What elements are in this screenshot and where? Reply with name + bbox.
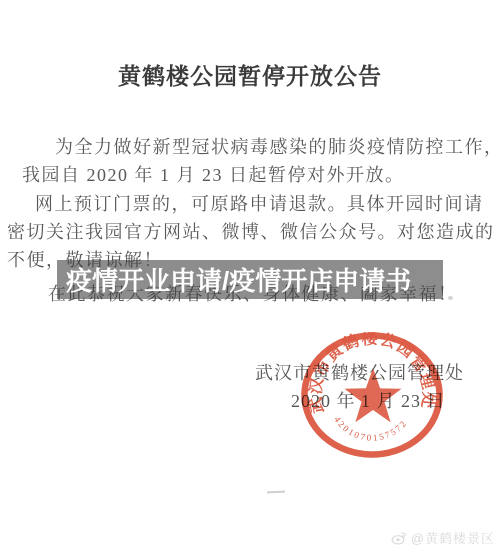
body-line-2: 我园自 2020 年 1 月 23 日起暂停对外开放。 xyxy=(22,161,405,187)
body-line-1: 为全力做好新型冠状病毒感染的肺炎疫情防控工作， xyxy=(55,133,500,159)
body-line-4: 密切关注我园官方网站、微博、微信公众号。对您造成的 xyxy=(7,218,495,244)
overlay-banner-text: 疫情开业申请/疫情开店申请书 xyxy=(66,261,411,298)
scan-artifact-dash xyxy=(267,491,285,494)
official-seal: 武汉市黄鹤楼公园管理处 4201070157572 xyxy=(301,332,445,460)
svg-text:4201070157572: 4201070157572 xyxy=(332,415,408,443)
body-line-3: 网上预订门票的，可原路申请退款。具体开园时间请 xyxy=(35,190,484,216)
weibo-watermark-text: @黄鹤楼景区 xyxy=(411,528,495,547)
notice-title: 黄鹤楼公园暂停开放公告 xyxy=(0,58,500,91)
overlay-banner: 疫情开业申请/疫情开店申请书 xyxy=(57,260,443,299)
seal-star-icon xyxy=(345,368,402,422)
notice-document: 黄鹤楼公园暂停开放公告 为全力做好新型冠状病毒感染的肺炎疫情防控工作， 我园自 … xyxy=(0,0,500,553)
weibo-icon xyxy=(391,530,408,545)
weibo-watermark: @黄鹤楼景区 xyxy=(391,528,495,547)
seal-code: 4201070157572 xyxy=(332,415,408,443)
scan-artifact-speck xyxy=(448,296,453,300)
